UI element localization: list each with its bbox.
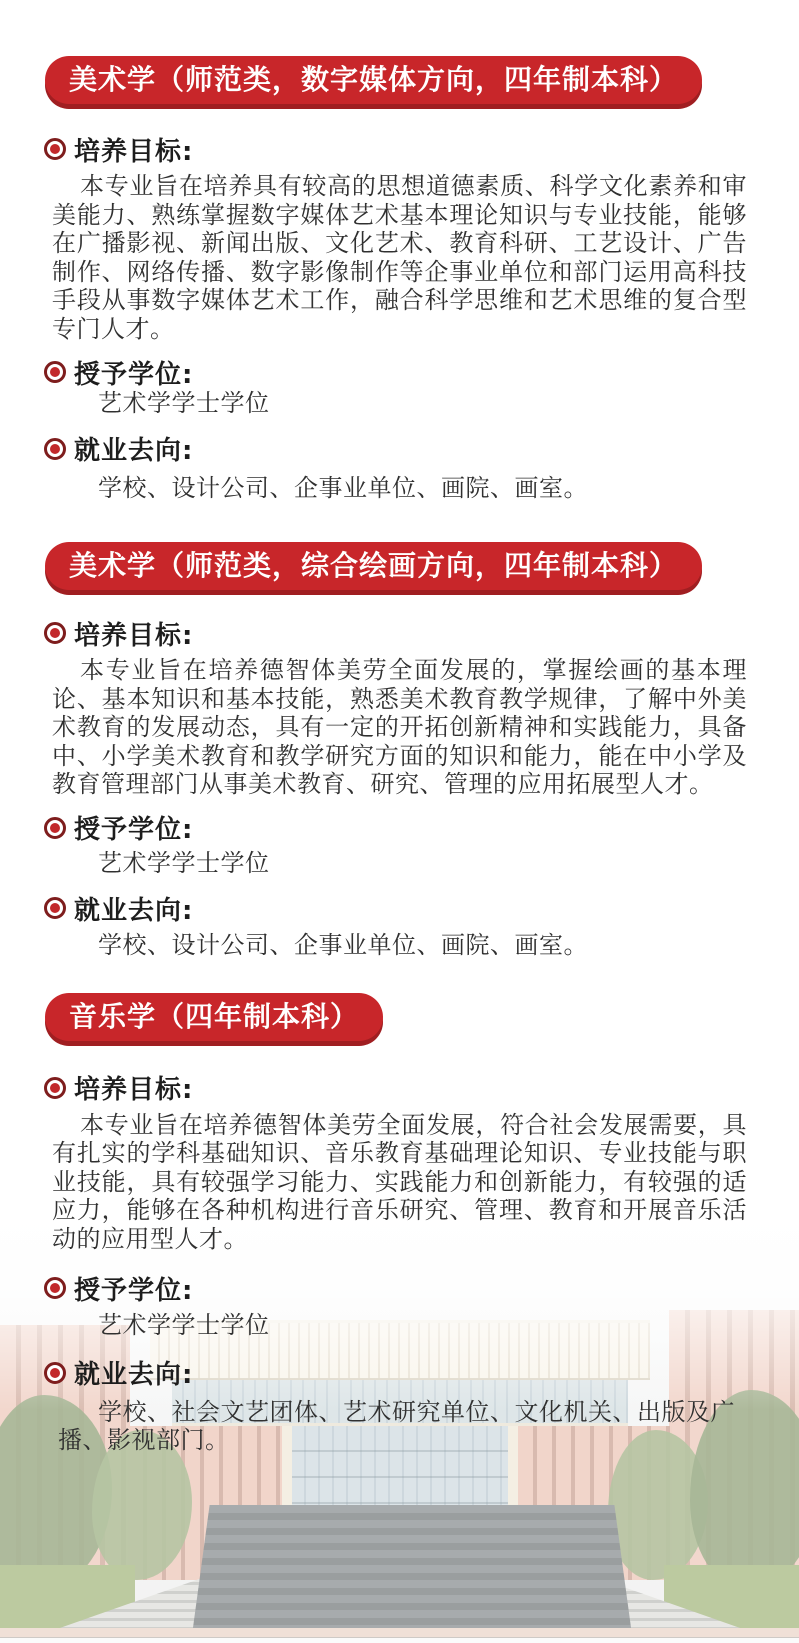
block-heading: 培养目标: [74,131,193,168]
target-bullet-icon [44,438,66,460]
bullet-dot [50,628,60,638]
employment-text: 学校、设计公司、企事业单位、画院、画室。 [58,931,745,960]
target-bullet-icon [44,817,66,839]
training-objective-text: 本专业旨在培养德智体美劳全面发展的，掌握绘画的基本理论、基本知识和基本技能，熟悉… [52,656,747,799]
section-3: 音乐学（四年制本科） [45,993,799,1041]
block-heading: 授予学位: [74,809,193,846]
bullet-dot [50,1368,60,1378]
degree-text: 艺术学学士学位 [58,1311,745,1340]
block-heading: 就业去向: [74,430,193,467]
block-heading: 授予学位: [74,354,193,391]
block-heading: 培养目标: [74,1069,193,1106]
page-content: 美术学（师范类，数字媒体方向，四年制本科） 培养目标: 本专业旨在培养具有较高的… [0,0,799,1643]
target-bullet-icon [44,1077,66,1099]
training-objective-text: 本专业旨在培养具有较高的思想道德素质、科学文化素养和审美能力、熟练掌握数字媒体艺… [52,172,747,343]
block-heading: 就业去向: [74,890,193,927]
section-1: 美术学（师范类，数字媒体方向，四年制本科） [45,56,799,104]
bullet-dot [50,1283,60,1293]
bullet-dot [50,367,60,377]
degree-text: 艺术学学士学位 [58,849,745,878]
brochure-page: 美术学（师范类，数字媒体方向，四年制本科） 培养目标: 本专业旨在培养具有较高的… [0,0,799,1643]
block-heading-row: 授予学位: [44,813,799,843]
target-bullet-icon [44,622,66,644]
training-objective-text: 本专业旨在培养德智体美劳全面发展，符合社会发展需要，具有扎实的学科基础知识、音乐… [52,1111,747,1254]
bullet-dot [50,144,60,154]
block-heading: 授予学位: [74,1270,193,1307]
block-heading-row: 授予学位: [44,357,799,387]
block-heading: 培养目标: [74,615,193,652]
bullet-dot [50,903,60,913]
block-heading-row: 授予学位: [44,1273,799,1303]
block-heading-row: 就业去向: [44,893,799,923]
target-bullet-icon [44,897,66,919]
bullet-dot [50,444,60,454]
section-2: 美术学（师范类，综合绘画方向，四年制本科） [45,542,799,590]
section-title-banner: 美术学（师范类，数字媒体方向，四年制本科） [45,56,702,104]
section-title-banner: 美术学（师范类，综合绘画方向，四年制本科） [45,542,702,590]
target-bullet-icon [44,138,66,160]
section-title-banner: 音乐学（四年制本科） [45,993,383,1041]
block-heading-row: 就业去向: [44,1358,799,1388]
block-heading: 就业去向: [74,1354,193,1391]
block-heading-row: 培养目标: [44,618,799,648]
target-bullet-icon [44,1362,66,1384]
degree-text: 艺术学学士学位 [58,389,745,418]
bullet-dot [50,1083,60,1093]
block-heading-row: 就业去向: [44,434,799,464]
bullet-dot [50,823,60,833]
block-heading-row: 培养目标: [44,1073,799,1103]
block-heading-row: 培养目标: [44,134,799,164]
target-bullet-icon [44,361,66,383]
employment-text: 学校、设计公司、企事业单位、画院、画室。 [58,474,745,503]
employment-text: 学校、社会文艺团体、艺术研究单位、文化机关、出版及广播、影视部门。 [58,1398,745,1455]
target-bullet-icon [44,1277,66,1299]
